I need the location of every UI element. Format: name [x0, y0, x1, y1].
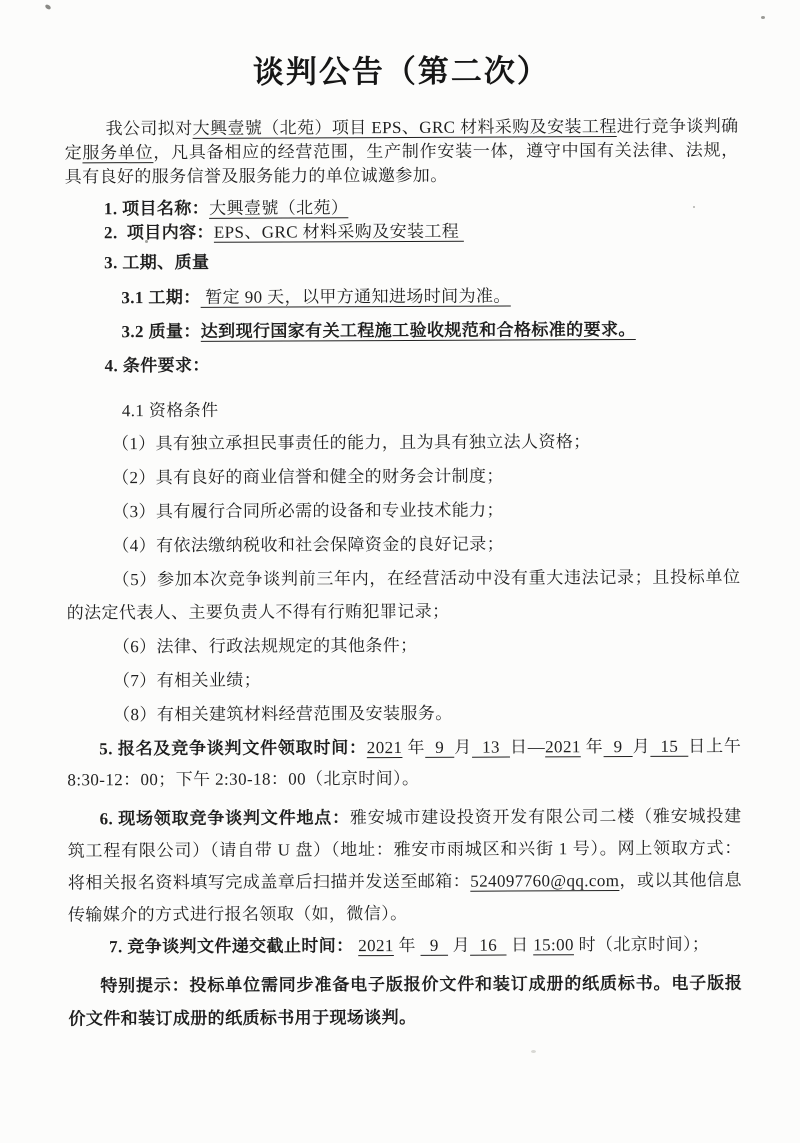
condition-item-3: （3）具有履行合同所必需的设备和专业技术能力；	[66, 493, 740, 529]
collect-start-month: 9	[425, 738, 454, 757]
document-content: 谈判公告（第二次） 我公司拟对大興壹號（北苑）项目 EPS、GRC 材料采购及安…	[0, 0, 800, 1143]
special-note-paragraph: 特别提示：投标单位需同步准备电子版报价文件和装订成册的纸质标书。电子版报价文件和…	[68, 967, 742, 1036]
item-3-schedule-quality: 3. 工期、质量	[104, 249, 739, 276]
text-segment: 日	[506, 935, 533, 954]
condition-item-1: （1）具有独立承担民事责任的能力，且为具有独立法人资格；	[66, 425, 740, 461]
collect-end-day: 15	[650, 737, 688, 756]
text-segment: 月	[448, 936, 470, 955]
deadline-time: 15:00	[533, 935, 574, 954]
collect-start-day: 13	[472, 738, 510, 757]
project-content-value: EPS、GRC 材料采购及安装工程	[214, 222, 464, 242]
project-name-value: 大興壹號（北苑）	[209, 198, 348, 218]
item-6-collection-place: 6. 现场领取竞争谈判文件地点：雅安城市建设投资开发有限公司二楼（雅安城投建筑工…	[68, 801, 743, 932]
item-7-submission-deadline: 7. 竞争谈判文件递交截止时间： 2021 年 9 月 16 日 15:00 时…	[68, 929, 742, 963]
condition-item-2: （2）具有良好的商业信誉和健全的财务会计制度；	[66, 459, 740, 495]
item-1-project-name: 1. 项目名称：大興壹號（北苑）	[104, 195, 739, 222]
page-title: 谈判公告（第二次）	[64, 49, 738, 96]
text-segment: 月	[454, 738, 472, 757]
service-unit-underlined: 服务单位	[82, 143, 153, 162]
text-segment: 年	[581, 737, 604, 756]
project-scope-underlined: 大興壹號（北苑）项目 EPS、GRC 材料采购及安装工程	[193, 117, 617, 138]
duration-label: 3.1 工期：	[121, 288, 200, 307]
text-segment: 年	[402, 738, 425, 757]
duration-value: 暂定 90 天，以甲方通知进场时间为准。	[201, 287, 511, 307]
condition-item-7: （7）有相关业绩；	[67, 662, 741, 698]
deadline-month: 9	[420, 936, 448, 955]
item-2-project-content: 2. 项目内容：EPS、GRC 材料采购及安装工程	[104, 219, 739, 246]
text-segment: ，凡具备相应的经营范围，生产制作安装一体，遵守中国有关法律、法规，具有良好的服务…	[65, 141, 739, 187]
special-note-label: 特别提示：	[100, 976, 189, 995]
condition-item-5: （5）参加本次竞争谈判前三年内，在经营活动中没有重大违法记录；且投标单位的法定代…	[66, 561, 740, 630]
intro-paragraph: 我公司拟对大興壹號（北苑）项目 EPS、GRC 材料采购及安装工程进行竞争谈判确…	[65, 115, 739, 190]
qualification-heading: 4.1 资格条件	[122, 401, 219, 420]
collect-end-year: 2021	[545, 737, 581, 756]
collect-end-month: 9	[604, 737, 633, 756]
item-3-1-duration: 3.1 工期： 暂定 90 天，以甲方通知进场时间为准。	[121, 283, 739, 312]
project-content-label: 2. 项目内容：	[104, 223, 214, 242]
collection-place-label: 6. 现场领取竞争谈判文件地点：	[100, 808, 350, 828]
collection-time-label: 5. 报名及竞争谈判文件领取时间：	[99, 738, 367, 758]
schedule-quality-heading: 3. 工期、质量	[104, 253, 209, 272]
text-segment: 日—	[510, 737, 545, 756]
text-segment: 时（北京时间）；	[574, 935, 709, 955]
intro-lead: 我公司拟对	[106, 119, 193, 138]
email-address: 524097760@qq.com	[470, 871, 619, 891]
deadline-label: 7. 竞争谈判文件递交截止时间：	[109, 936, 353, 956]
collect-start-year: 2021	[367, 738, 403, 757]
condition-item-6: （6）法律、行政法规规定的其他条件；	[67, 628, 741, 664]
condition-item-8: （8）有相关建筑材料经营范围及安装服务。	[67, 696, 741, 732]
condition-item-4: （4）有依法缴纳税收和社会保障资金的良好记录；	[66, 527, 740, 563]
quality-value: 达到现行国家有关工程施工验收规范和合格标准的要求。	[201, 320, 636, 341]
quality-label: 3.2 质量：	[121, 322, 200, 341]
project-name-label: 1. 项目名称：	[104, 199, 209, 218]
text-segment: 年	[394, 936, 421, 955]
item-4-requirements: 4. 条件要求：	[105, 351, 740, 380]
item-5-collection-time: 5. 报名及竞争谈判文件领取时间：2021 年 9 月 13 日—2021 年 …	[67, 731, 741, 796]
text-segment: 月	[633, 737, 651, 756]
item-4-1-qualification: 4.1 资格条件	[122, 392, 740, 428]
item-3-2-quality: 3.2 质量：达到现行国家有关工程施工验收规范和合格标准的要求。	[121, 317, 739, 346]
deadline-year: 2021	[358, 936, 394, 955]
deadline-day: 16	[470, 936, 506, 955]
requirements-heading: 4. 条件要求：	[105, 356, 210, 375]
scanned-document-page: 谈判公告（第二次） 我公司拟对大興壹號（北苑）项目 EPS、GRC 材料采购及安…	[0, 0, 800, 1143]
